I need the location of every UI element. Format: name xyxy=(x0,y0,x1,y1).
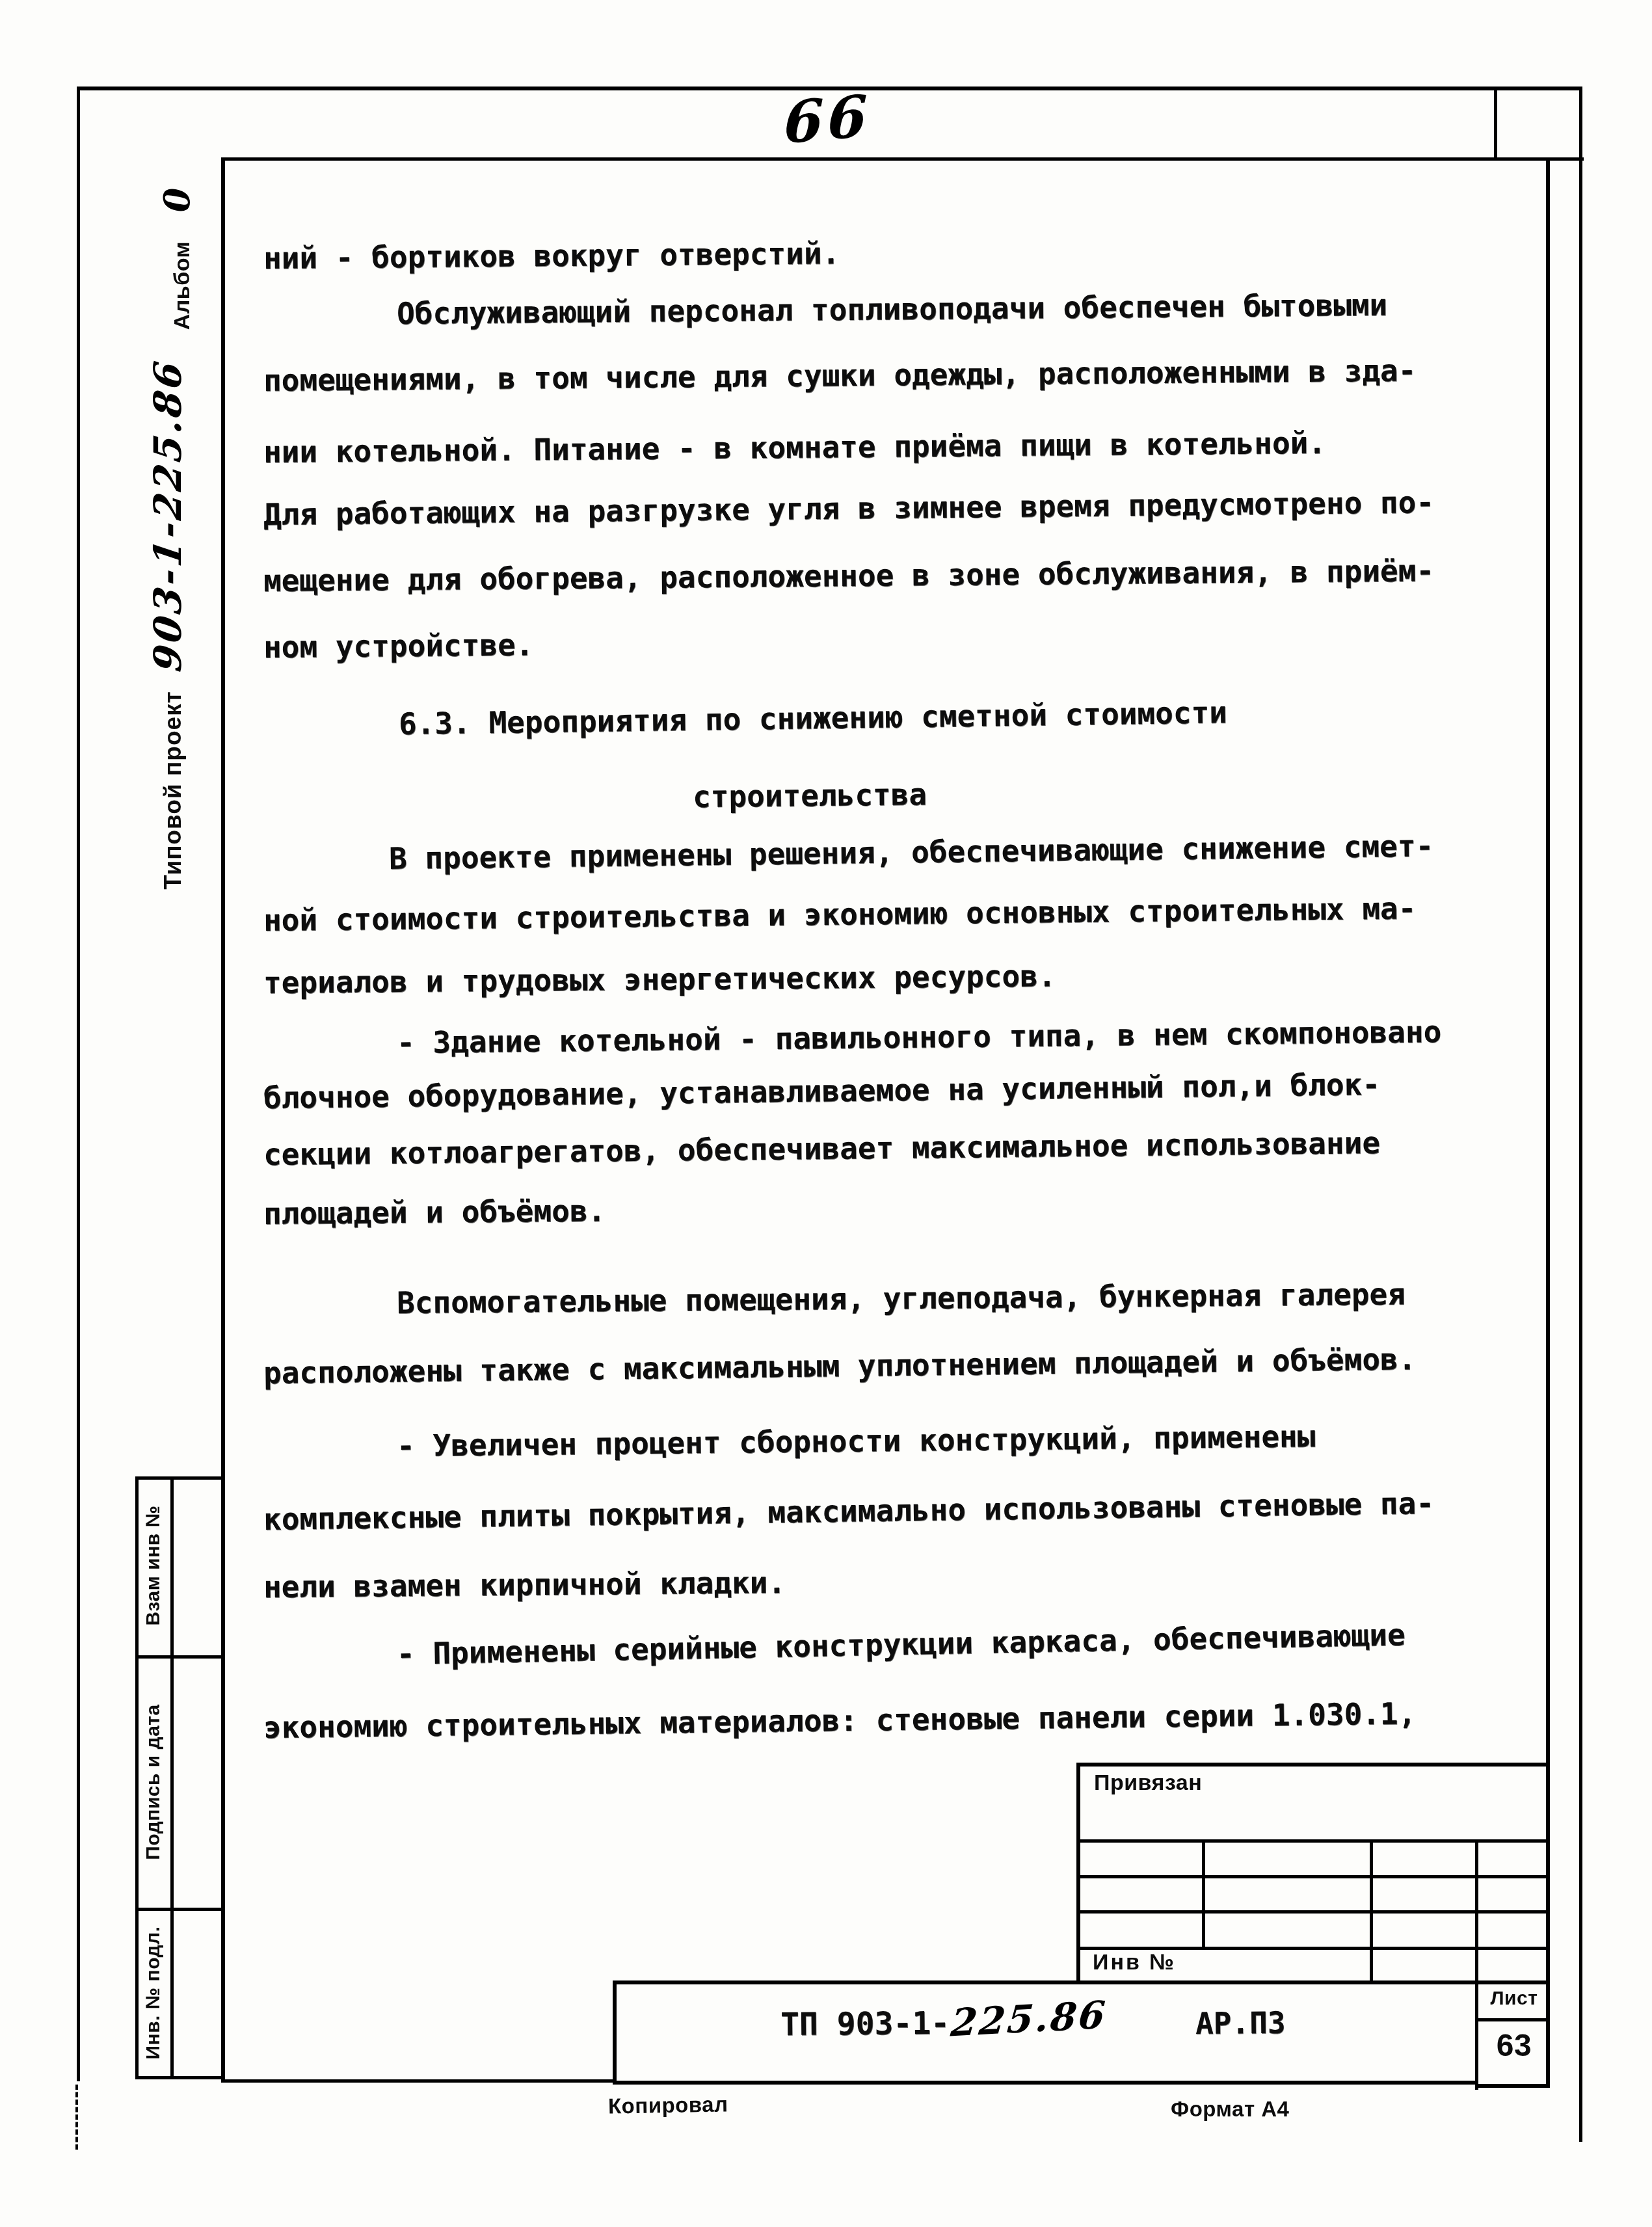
text-line: териалов и трудовых энергетических ресур… xyxy=(263,959,1056,999)
sheet-cell-bottom xyxy=(1475,2084,1550,2088)
album-number: 0 xyxy=(156,188,198,213)
frame-line-inner-right xyxy=(1546,157,1550,2088)
text-line: мещение для обогрева, расположенное в зо… xyxy=(263,554,1435,597)
text-line: ной стоимости строительства и экономию о… xyxy=(263,892,1417,937)
title-block-col-line-2 xyxy=(1370,1839,1373,1984)
frame-line-inner-left xyxy=(221,157,225,2081)
title-block-left xyxy=(1076,1763,1080,1984)
text-line: расположены также с максимальным уплотне… xyxy=(263,1342,1417,1389)
text-line: площадей и объёмов. xyxy=(263,1194,606,1230)
text-line: нии котельной. Питание - в комнате приём… xyxy=(263,427,1326,468)
sheet-cell-line xyxy=(1475,2018,1550,2021)
frame-line-outer-right xyxy=(1579,87,1582,2142)
text-line: блочное оборудование, устанавливаемое на… xyxy=(263,1068,1381,1114)
stamp-box-divider xyxy=(170,1476,174,2079)
text-line: - Увеличен процент сборности конструкций… xyxy=(397,1420,1316,1462)
stamp-box-bottom xyxy=(135,2076,221,2079)
stamp-box-row-line-2 xyxy=(135,1908,221,1911)
stamp-label-vzam-inv: Взам инв № xyxy=(142,1505,165,1625)
section-heading-line: 6.3. Мероприятия по снижению сметной сто… xyxy=(399,696,1228,740)
stamp-box-top xyxy=(135,1476,221,1480)
section-heading-line: строительства xyxy=(693,778,927,813)
text-line: Для работающих на разгрузке угля в зимне… xyxy=(263,486,1435,531)
text-line: - Применены серийные конструкции каркаса… xyxy=(397,1618,1406,1670)
top-right-cell xyxy=(1497,90,1579,157)
format-label: Формат А4 xyxy=(1171,2097,1289,2122)
page-number: 66 xyxy=(783,86,872,152)
text-line: Обслуживающий персонал топливоподачи обе… xyxy=(397,289,1388,330)
project-code-margin: 903-1-225.86 xyxy=(146,356,190,674)
project-type-label: Типовой проект xyxy=(159,691,187,890)
album-annotation: Альбом 0 xyxy=(156,188,198,330)
frame-line-outer-left xyxy=(77,87,80,2081)
frame-line-band-bottom xyxy=(221,157,1584,161)
stamp-box-left xyxy=(135,1476,139,2079)
text-line: нели взамен кирпичной кладки. xyxy=(263,1566,786,1603)
title-block-col-line-1 xyxy=(1202,1839,1205,1950)
title-block-row-line-3 xyxy=(1076,1910,1550,1914)
text-line: экономию строительных материалов: стенов… xyxy=(263,1697,1417,1744)
stamp-box-row-line-1 xyxy=(135,1655,221,1659)
stamp-label-inv-podl: Инв. № подл. xyxy=(142,1926,165,2059)
text-line: - Здание котельной - павильонного типа, … xyxy=(397,1015,1442,1059)
text-line: комплексные плиты покрытия, максимально … xyxy=(263,1487,1435,1536)
title-block-top xyxy=(1076,1763,1550,1767)
sheet-number: 63 xyxy=(1478,2028,1550,2064)
privyazan-label: Привязан xyxy=(1094,1770,1202,1796)
title-block-row-line-5 xyxy=(613,1980,1550,1984)
text-line: Вспомогательные помещения, углеподача, б… xyxy=(397,1277,1406,1319)
stamp-label-podpis-data: Подпись и дата xyxy=(142,1704,165,1860)
text-line: В проекте применены решения, обеспечиваю… xyxy=(389,829,1434,875)
title-block-row-line-1 xyxy=(1076,1839,1550,1843)
doc-type-code: АР.ПЗ xyxy=(1195,2007,1286,2040)
text-line: секции котлоагрегатов, обеспечивает макс… xyxy=(263,1127,1380,1171)
doc-code-typed: ТП 903-1- xyxy=(780,2007,950,2041)
scanned-document-page: 66 Альбом 0 903-1-225.86 Типовой проект … xyxy=(0,0,1652,2227)
stamp-band-bottom xyxy=(613,2081,1478,2085)
sheet-label: Лист xyxy=(1478,1988,1550,2010)
copied-label: Копировал xyxy=(608,2092,728,2118)
text-line: ний - бортиков вокруг отверстий. xyxy=(263,237,840,274)
title-block-row-line-2 xyxy=(1076,1875,1550,1878)
album-label: Альбом xyxy=(170,241,194,330)
stamp-band-left xyxy=(613,1980,617,2085)
title-block-col-line-3 xyxy=(1475,1839,1478,1984)
text-line: помещениями, в том числе для сушки одежд… xyxy=(263,354,1417,397)
inv-number-label: Инв № xyxy=(1093,1950,1176,1975)
doc-code-handwritten: 225.86 xyxy=(949,1993,1109,2046)
text-line: ном устройстве. xyxy=(263,628,534,663)
frame-line-inner-bottom xyxy=(221,2079,615,2083)
frame-line-outer-left-stub xyxy=(75,2085,78,2150)
